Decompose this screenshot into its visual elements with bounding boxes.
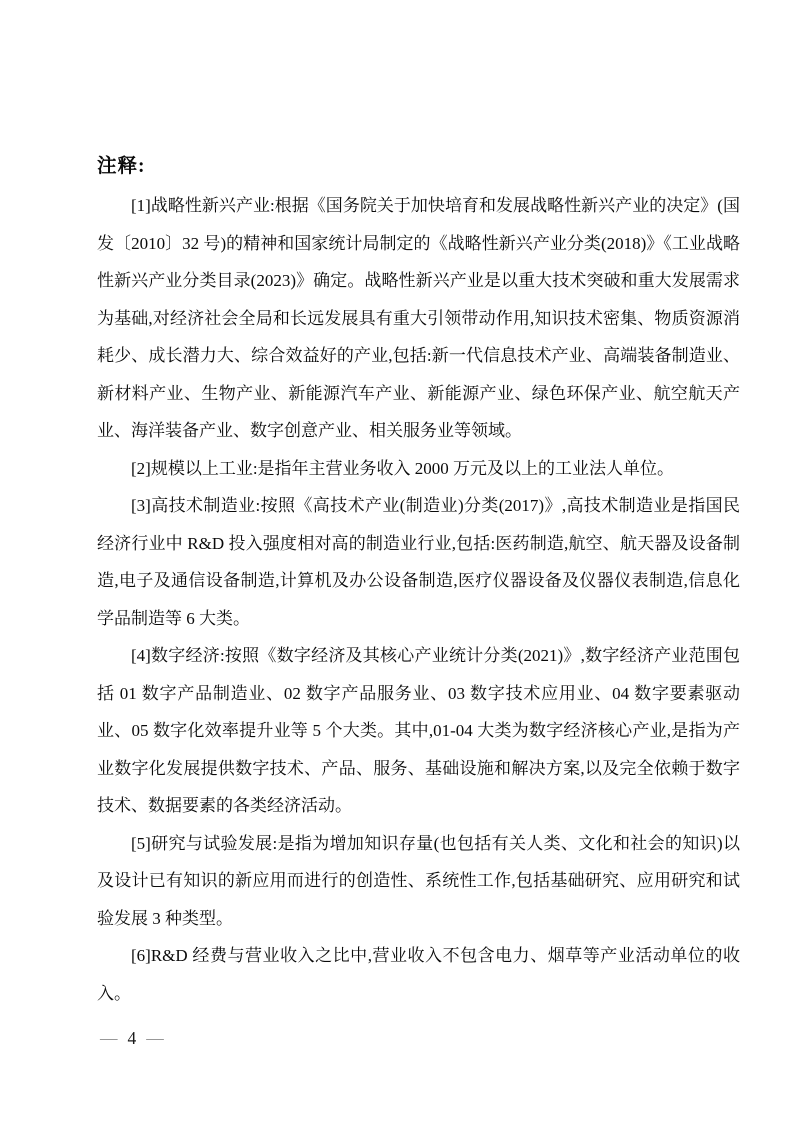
page-number-dash-right: — bbox=[146, 1028, 164, 1048]
document-page: 注释: [1]战略性新兴产业:根据《国务院关于加快培育和发展战略性新兴产业的决定… bbox=[0, 0, 793, 1122]
footnote-2: [2]规模以上工业:是指年主营业务收入 2000 万元及以上的工业法人单位。 bbox=[97, 450, 740, 488]
footnote-5: [5]研究与试验发展:是指为增加知识存量(也包括有关人类、文化和社会的知识)以及… bbox=[97, 825, 740, 938]
footnote-1: [1]战略性新兴产业:根据《国务院关于加快培育和发展战略性新兴产业的决定》(国发… bbox=[97, 187, 740, 450]
page-number: —4— bbox=[100, 1020, 164, 1057]
page-number-dash-left: — bbox=[100, 1028, 118, 1048]
footnote-6: [6]R&D 经费与营业收入之比中,营业收入不包含电力、烟草等产业活动单位的收入… bbox=[97, 937, 740, 1012]
page-number-value: 4 bbox=[128, 1028, 137, 1048]
footnote-4: [4]数字经济:按照《数字经济及其核心产业统计分类(2021)》,数字经济产业范… bbox=[97, 637, 740, 825]
notes-heading: 注释: bbox=[97, 147, 740, 187]
footnote-3: [3]高技术制造业:按照《高技术产业(制造业)分类(2017)》,高技术制造业是… bbox=[97, 487, 740, 637]
notes-section: 注释: [1]战略性新兴产业:根据《国务院关于加快培育和发展战略性新兴产业的决定… bbox=[97, 147, 740, 1012]
